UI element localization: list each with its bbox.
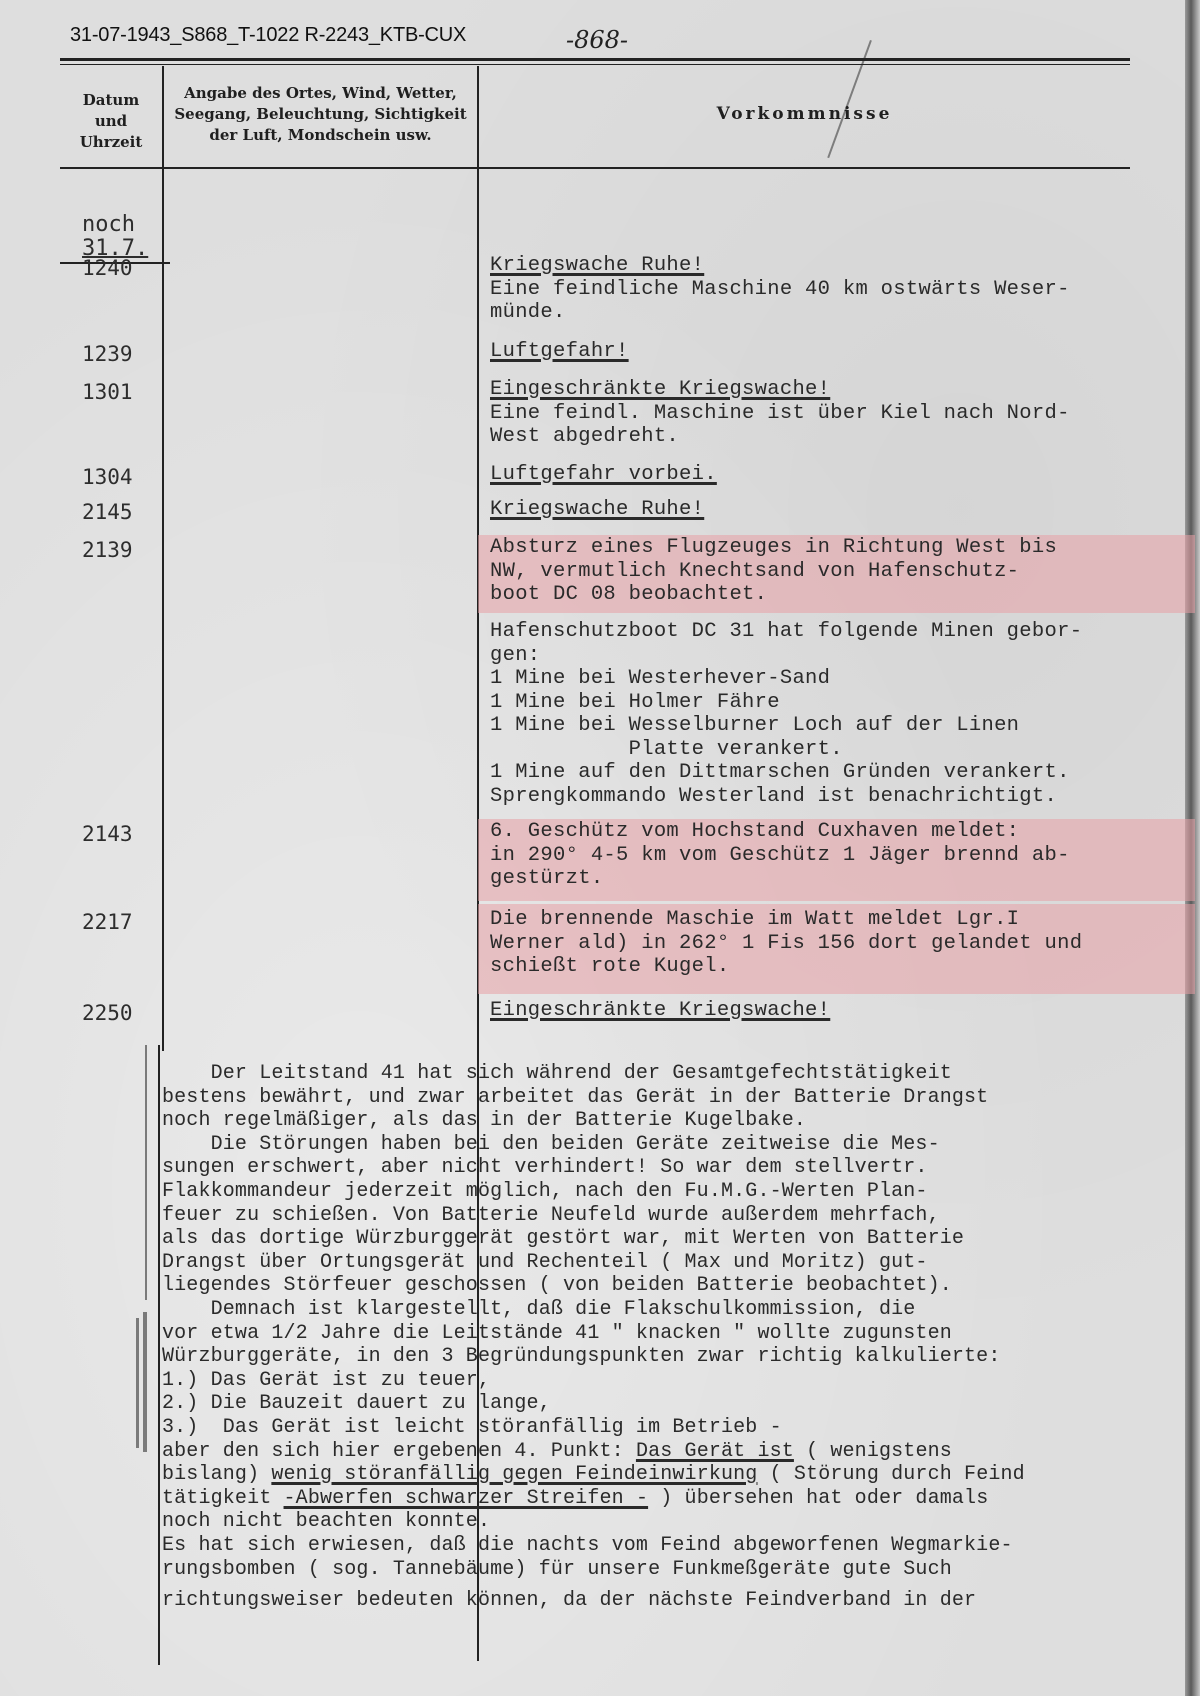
pencil-margin-line bbox=[143, 1312, 147, 1452]
entry-line: 1 Mine bei Westerhever-Sand bbox=[490, 667, 1180, 691]
entry-line: Platte verankert. bbox=[490, 738, 1180, 762]
entry-line: Kriegswache Ruhe! bbox=[490, 498, 1180, 522]
document-page: 31-07-1943_S868_T-1022 R-2243_KTB-CUX -8… bbox=[0, 0, 1200, 1696]
header-bottom-rule bbox=[60, 167, 1130, 169]
report-line: 1.) Das Gerät ist zu teuer, bbox=[162, 1369, 1192, 1393]
entry-line: münde. bbox=[490, 301, 1180, 325]
report-line: richtungsweiser bedeuten können, da der … bbox=[162, 1589, 1192, 1613]
entry-time: 1301 bbox=[82, 380, 133, 404]
header-date-column: Datum und Uhrzeit bbox=[60, 90, 162, 153]
header-top-rule bbox=[60, 58, 1130, 61]
highlighted-entry: 6. Geschütz vom Hochstand Cuxhaven melde… bbox=[490, 820, 1180, 891]
entry-line: NW, vermutlich Knechtsand von Hafenschut… bbox=[490, 560, 1180, 584]
report-line: vor etwa 1/2 Jahre die Leitstände 41 " k… bbox=[162, 1322, 1192, 1346]
header-location-line: Seegang, Beleuchtung, Sichtigkeit bbox=[164, 104, 477, 125]
entry-line: schießt rote Kugel. bbox=[490, 955, 1180, 979]
header-location-column: Angabe des Ortes, Wind, Wetter, Seegang,… bbox=[164, 83, 477, 146]
entry-line: Luftgefahr vorbei. bbox=[490, 463, 1180, 487]
date-prefix: noch bbox=[82, 212, 135, 237]
log-entry: Hafenschutzboot DC 31 hat folgende Minen… bbox=[490, 620, 1180, 808]
report-line: feuer zu schießen. Von Batterie Neufeld … bbox=[162, 1204, 1192, 1228]
report-line: Die Störungen haben bei den beiden Gerät… bbox=[162, 1133, 1192, 1157]
report-line: Würzburggeräte, in den 3 Begründungspunk… bbox=[162, 1345, 1192, 1369]
entry-line: Eine feindliche Maschine 40 km ostwärts … bbox=[490, 278, 1180, 302]
entry-time: 2250 bbox=[82, 1001, 133, 1025]
entry-line: 6. Geschütz vom Hochstand Cuxhaven melde… bbox=[490, 820, 1180, 844]
report-line: Drangst über Ortungsgerät und Rechenteil… bbox=[162, 1251, 1192, 1275]
header-location-line: der Luft, Mondschein usw. bbox=[164, 125, 477, 146]
entry-line: Kriegswache Ruhe! bbox=[490, 254, 1180, 278]
report-line: 2.) Die Bauzeit dauert zu lange, bbox=[162, 1392, 1192, 1416]
header-top-rule-thin bbox=[60, 64, 1130, 65]
highlighted-entry: Absturz eines Flugzeuges in Richtung Wes… bbox=[490, 536, 1180, 607]
report-line: aber den sich hier ergebenen 4. Punkt: D… bbox=[162, 1440, 1192, 1464]
entry-time: 2143 bbox=[82, 822, 133, 846]
report-line: Es hat sich erwiesen, daß die nachts vom… bbox=[162, 1534, 1192, 1558]
pencil-margin-line bbox=[136, 1318, 139, 1448]
report-left-rule bbox=[158, 1045, 160, 1665]
entry-line: Die brennende Maschie im Watt meldet Lgr… bbox=[490, 908, 1180, 932]
report-line: bislang) wenig störanfällig gegen Feinde… bbox=[162, 1463, 1192, 1487]
log-entry: Eingeschränkte Kriegswache!Eine feindl. … bbox=[490, 378, 1180, 449]
report-line: liegendes Störfeuer geschossen ( von bei… bbox=[162, 1274, 1192, 1298]
entry-time: 1240 bbox=[82, 256, 133, 280]
entry-line: Eingeschränkte Kriegswache! bbox=[490, 999, 1180, 1023]
reference-label: 31-07-1943_S868_T-1022 R-2243_KTB-CUX bbox=[70, 24, 466, 47]
page-number: -868- bbox=[566, 26, 628, 54]
entry-line: Eine feindl. Maschine ist über Kiel nach… bbox=[490, 402, 1180, 426]
entry-line: Sprengkommando Westerland ist benachrich… bbox=[490, 785, 1180, 809]
header-date-line: Datum bbox=[60, 90, 162, 111]
column-divider-date bbox=[162, 66, 164, 1051]
entry-line: West abgedreht. bbox=[490, 425, 1180, 449]
entry-line: 1 Mine bei Wesselburner Loch auf der Lin… bbox=[490, 714, 1180, 738]
entry-line: gen: bbox=[490, 644, 1180, 668]
pencil-margin-line bbox=[145, 1045, 147, 1300]
header-date-line: Uhrzeit bbox=[60, 132, 162, 153]
entry-line: Eingeschränkte Kriegswache! bbox=[490, 378, 1180, 402]
entry-line: 1 Mine auf den Dittmarschen Gründen vera… bbox=[490, 761, 1180, 785]
entry-line: boot DC 08 beobachtet. bbox=[490, 583, 1180, 607]
report-line: Demnach ist klargestellt, daß die Flaksc… bbox=[162, 1298, 1192, 1322]
log-entry: Kriegswache Ruhe! bbox=[490, 498, 1180, 522]
report-line: rungsbomben ( sog. Tannebäume) für unser… bbox=[162, 1558, 1192, 1582]
report-line: als das dortige Würzburggerät gestört wa… bbox=[162, 1227, 1192, 1251]
report-line: bestens bewährt, und zwar arbeitet das G… bbox=[162, 1086, 1192, 1110]
log-entry: Luftgefahr vorbei. bbox=[490, 463, 1180, 487]
entry-time: 2217 bbox=[82, 910, 133, 934]
entry-time: 2139 bbox=[82, 538, 133, 562]
report-line: noch nicht beachten konnte. bbox=[162, 1510, 1192, 1534]
report-line: tätigkeit -Abwerfen schwarzer Streifen -… bbox=[162, 1487, 1192, 1511]
entry-time: 1239 bbox=[82, 342, 133, 366]
entry-line: Absturz eines Flugzeuges in Richtung Wes… bbox=[490, 536, 1180, 560]
entry-line: 1 Mine bei Holmer Fähre bbox=[490, 691, 1180, 715]
report-line: 3.) Das Gerät ist leicht störanfällig im… bbox=[162, 1416, 1192, 1440]
entry-line: in 290° 4-5 km vom Geschütz 1 Jäger bren… bbox=[490, 844, 1180, 868]
report-line: sungen erschwert, aber nicht verhindert!… bbox=[162, 1156, 1192, 1180]
entry-line: gestürzt. bbox=[490, 867, 1180, 891]
log-entry: Luftgefahr! bbox=[490, 340, 1180, 364]
report-line: Flakkommandeur jederzeit möglich, nach d… bbox=[162, 1180, 1192, 1204]
report-line: noch regelmäßiger, als das in der Batter… bbox=[162, 1109, 1192, 1133]
log-entry: Eingeschränkte Kriegswache! bbox=[490, 999, 1180, 1023]
entry-line: Werner ald) in 262° 1 Fis 156 dort gelan… bbox=[490, 932, 1180, 956]
log-entry: Kriegswache Ruhe!Eine feindliche Maschin… bbox=[490, 254, 1180, 325]
entry-line: Hafenschutzboot DC 31 hat folgende Minen… bbox=[490, 620, 1180, 644]
highlighted-entry: Die brennende Maschie im Watt meldet Lgr… bbox=[490, 908, 1180, 979]
entry-line: Luftgefahr! bbox=[490, 340, 1180, 364]
header-location-line: Angabe des Ortes, Wind, Wetter, bbox=[164, 83, 477, 104]
report-line: Der Leitstand 41 hat sich während der Ge… bbox=[162, 1062, 1192, 1086]
header-date-line: und bbox=[60, 111, 162, 132]
header-events-column: Vorkommnisse bbox=[479, 104, 1130, 125]
entry-time: 1304 bbox=[82, 465, 133, 489]
entry-time: 2145 bbox=[82, 500, 133, 524]
